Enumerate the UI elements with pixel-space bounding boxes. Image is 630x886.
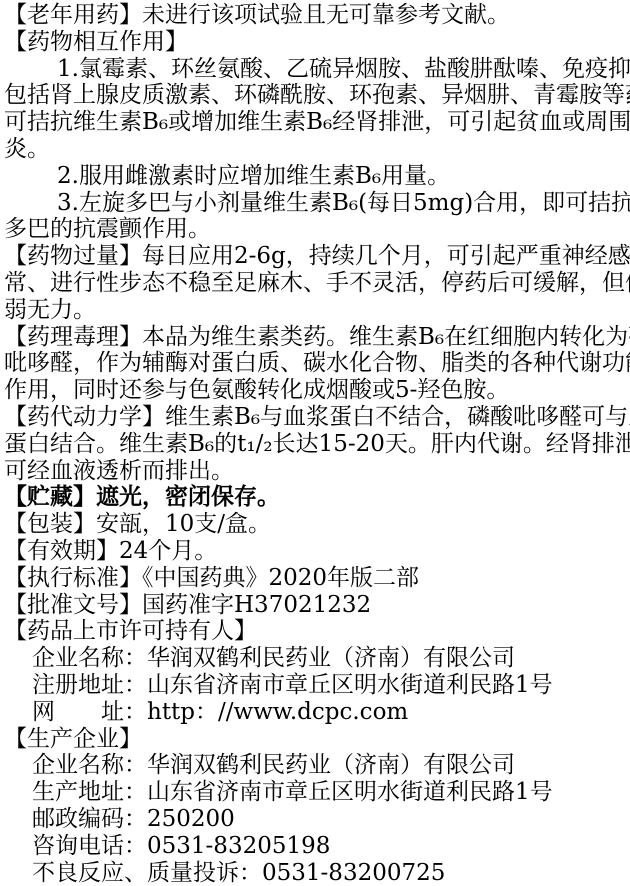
text-line: 作用，同时还参与色氨酸转化成烟酸或5-羟色胺。: [4, 377, 628, 404]
text-line: 【药品上市许可持有人】: [4, 618, 628, 645]
text-line: 【药理毒理】本品为维生素类药。维生素B₆在红细胞内转化为磷酸: [4, 324, 628, 351]
text-line: 吡哆醛，作为辅酶对蛋白质、碳水化合物、脂类的各种代谢功能起: [4, 350, 628, 377]
text-line: 可经血液透析而排出。: [4, 458, 628, 485]
text-line: 【生产企业】: [4, 726, 628, 753]
text-line: 生产地址：山东省济南市章丘区明水街道利民路1号: [4, 779, 628, 806]
text-line: 【批准文号】国药准字H37021232: [4, 592, 628, 619]
text-line: 常、进行性步态不稳至足麻木、手不灵活，停药后可缓解，但仍软: [4, 270, 628, 297]
text-line: 2.服用雌激素时应增加维生素B₆用量。: [4, 163, 628, 190]
text-line: 咨询电话：0531-83205198: [4, 833, 628, 860]
text-line: 【贮藏】遮光，密闭保存。: [4, 484, 628, 511]
text-line: 不良反应、质量投诉：0531-83200725: [4, 860, 628, 886]
text-line: 3.左旋多巴与小剂量维生素B₆(每日5mg)合用，即可拮抗左旋: [4, 190, 628, 217]
text-line: 蛋白结合。维生素B₆的t₁/₂长达15-20天。肝内代谢。经肾排泄。: [4, 431, 628, 458]
text-line: 【有效期】24个月。: [4, 538, 628, 565]
text-line: 炎。: [4, 136, 628, 163]
text-line: 注册地址：山东省济南市章丘区明水街道利民路1号: [4, 672, 628, 699]
text-line: 【药物相互作用】: [4, 29, 628, 56]
text-line: 弱无力。: [4, 297, 628, 324]
text-line: 【药代动力学】维生素B₆与血浆蛋白不结合，磷酸吡哆醛可与血浆: [4, 404, 628, 431]
drug-leaflet-document: 【老年用药】未进行该项试验且无可靠参考文献。【药物相互作用】1.氯霉素、环丝氨酸…: [0, 0, 630, 886]
text-line: 多巴的抗震颤作用。: [4, 216, 628, 243]
text-line: 邮政编码：250200: [4, 806, 628, 833]
text-line: 1.氯霉素、环丝氨酸、乙硫异烟胺、盐酸肼酞嗪、免疫抑制剂: [4, 56, 628, 83]
text-line: 【执行标准】《中国药典》2020年版二部: [4, 565, 628, 592]
text-line: 可拮抗维生素B₆或增加维生素B₆经肾排泄，可引起贫血或周围神经: [4, 109, 628, 136]
text-line: 网 址：http：//www.dcpc.com: [4, 699, 628, 726]
text-line: 【药物过量】每日应用2-6g，持续几个月，可引起严重神经感觉异: [4, 243, 628, 270]
text-line: 【包装】安瓿，10支/盒。: [4, 511, 628, 538]
text-line: 包括肾上腺皮质激素、环磷酰胺、环孢素、异烟肼、青霉胺等药物: [4, 82, 628, 109]
text-line: 【老年用药】未进行该项试验且无可靠参考文献。: [4, 2, 628, 29]
text-line: 企业名称：华润双鹤利民药业（济南）有限公司: [4, 752, 628, 779]
text-line: 企业名称：华润双鹤利民药业（济南）有限公司: [4, 645, 628, 672]
